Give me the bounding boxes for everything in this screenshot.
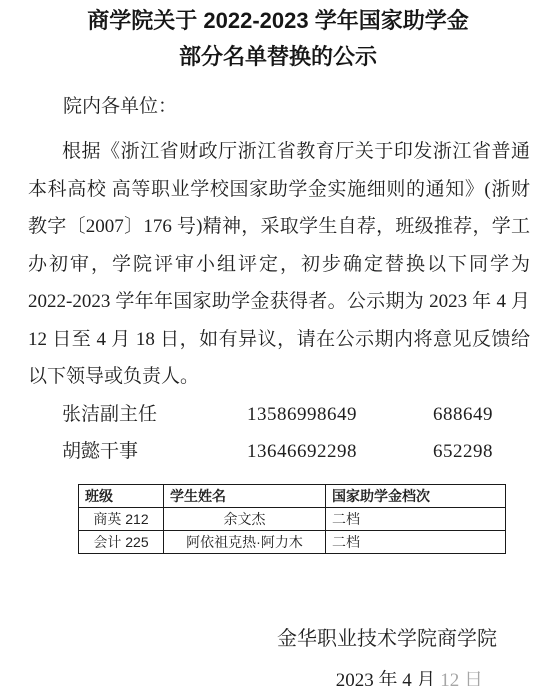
body-line: 办初审，学院评审小组评定，初步确定替换以下同学为 <box>28 246 530 284</box>
body-line: 教字〔2007〕176 号)精神，采取学生自荐，班级推荐，学工 <box>28 208 530 246</box>
contact-phone: 13586998649 <box>247 396 433 433</box>
cell-name: 阿依祖克热·阿力木 <box>164 530 326 553</box>
contact-list: 张洁副主任 13586998649 688649 胡懿干事 1364669229… <box>0 396 556 470</box>
title-line-2: 部分名单替换的公示 <box>0 39 556 75</box>
body-line: 根据《浙江省财政厅浙江省教育厅关于印发浙江省普通 <box>28 133 530 171</box>
replacement-table-container: 班级 学生姓名 国家助学金档次 商英 212 余文杰 二档 会计 225 阿依祖… <box>78 484 556 554</box>
cell-tier: 二档 <box>326 530 506 553</box>
contact-name: 张洁副主任 <box>62 396 247 433</box>
signature-org: 金华职业技术学院商学院 <box>0 628 556 651</box>
table-row: 商英 212 余文杰 二档 <box>79 507 506 530</box>
table-row: 会计 225 阿依祖克热·阿力木 二档 <box>79 530 506 553</box>
body-line: 12 日至 4 月 18 日，如有异议，请在公示期内将意见反馈给 <box>28 321 530 359</box>
contact-row: 张洁副主任 13586998649 688649 <box>0 396 556 433</box>
title-line-1: 商学院关于 2022-2023 学年国家助学金 <box>0 3 556 39</box>
document-page: 商学院关于 2022-2023 学年国家助学金 部分名单替换的公示 院内各单位：… <box>0 0 556 686</box>
document-title: 商学院关于 2022-2023 学年国家助学金 部分名单替换的公示 <box>0 0 556 75</box>
contact-phone: 13646692298 <box>247 433 433 470</box>
salutation: 院内各单位： <box>0 96 556 118</box>
body-paragraph: 根据《浙江省财政厅浙江省教育厅关于印发浙江省普通 本科高校 高等职业学校国家助学… <box>0 133 556 396</box>
table-header-tier: 国家助学金档次 <box>326 484 506 507</box>
cell-tier: 二档 <box>326 507 506 530</box>
contact-row: 胡懿干事 13646692298 652298 <box>0 433 556 470</box>
signature-date-faded: 12 日 <box>440 670 483 686</box>
cell-name: 余文杰 <box>164 507 326 530</box>
table-header-name: 学生姓名 <box>164 484 326 507</box>
contact-name: 胡懿干事 <box>62 433 247 470</box>
body-line: 以下领导或负责人。 <box>28 358 530 396</box>
signature-date: 2023 年 4 月 12 日 <box>0 670 556 686</box>
cell-class: 商英 212 <box>79 507 164 530</box>
signature-date-main: 2023 年 4 月 <box>336 670 441 686</box>
scholarship-replacement-table: 班级 学生姓名 国家助学金档次 商英 212 余文杰 二档 会计 225 阿依祖… <box>78 484 506 554</box>
cell-class: 会计 225 <box>79 530 164 553</box>
body-line: 2022-2023 学年年国家助学金获得者。公示期为 2023 年 4 月 <box>28 283 530 321</box>
table-header-class: 班级 <box>79 484 164 507</box>
contact-short-number: 652298 <box>433 433 493 470</box>
body-line: 本科高校 高等职业学校国家助学金实施细则的通知》(浙财 <box>28 171 530 209</box>
table-header-row: 班级 学生姓名 国家助学金档次 <box>79 484 506 507</box>
contact-short-number: 688649 <box>433 396 493 433</box>
